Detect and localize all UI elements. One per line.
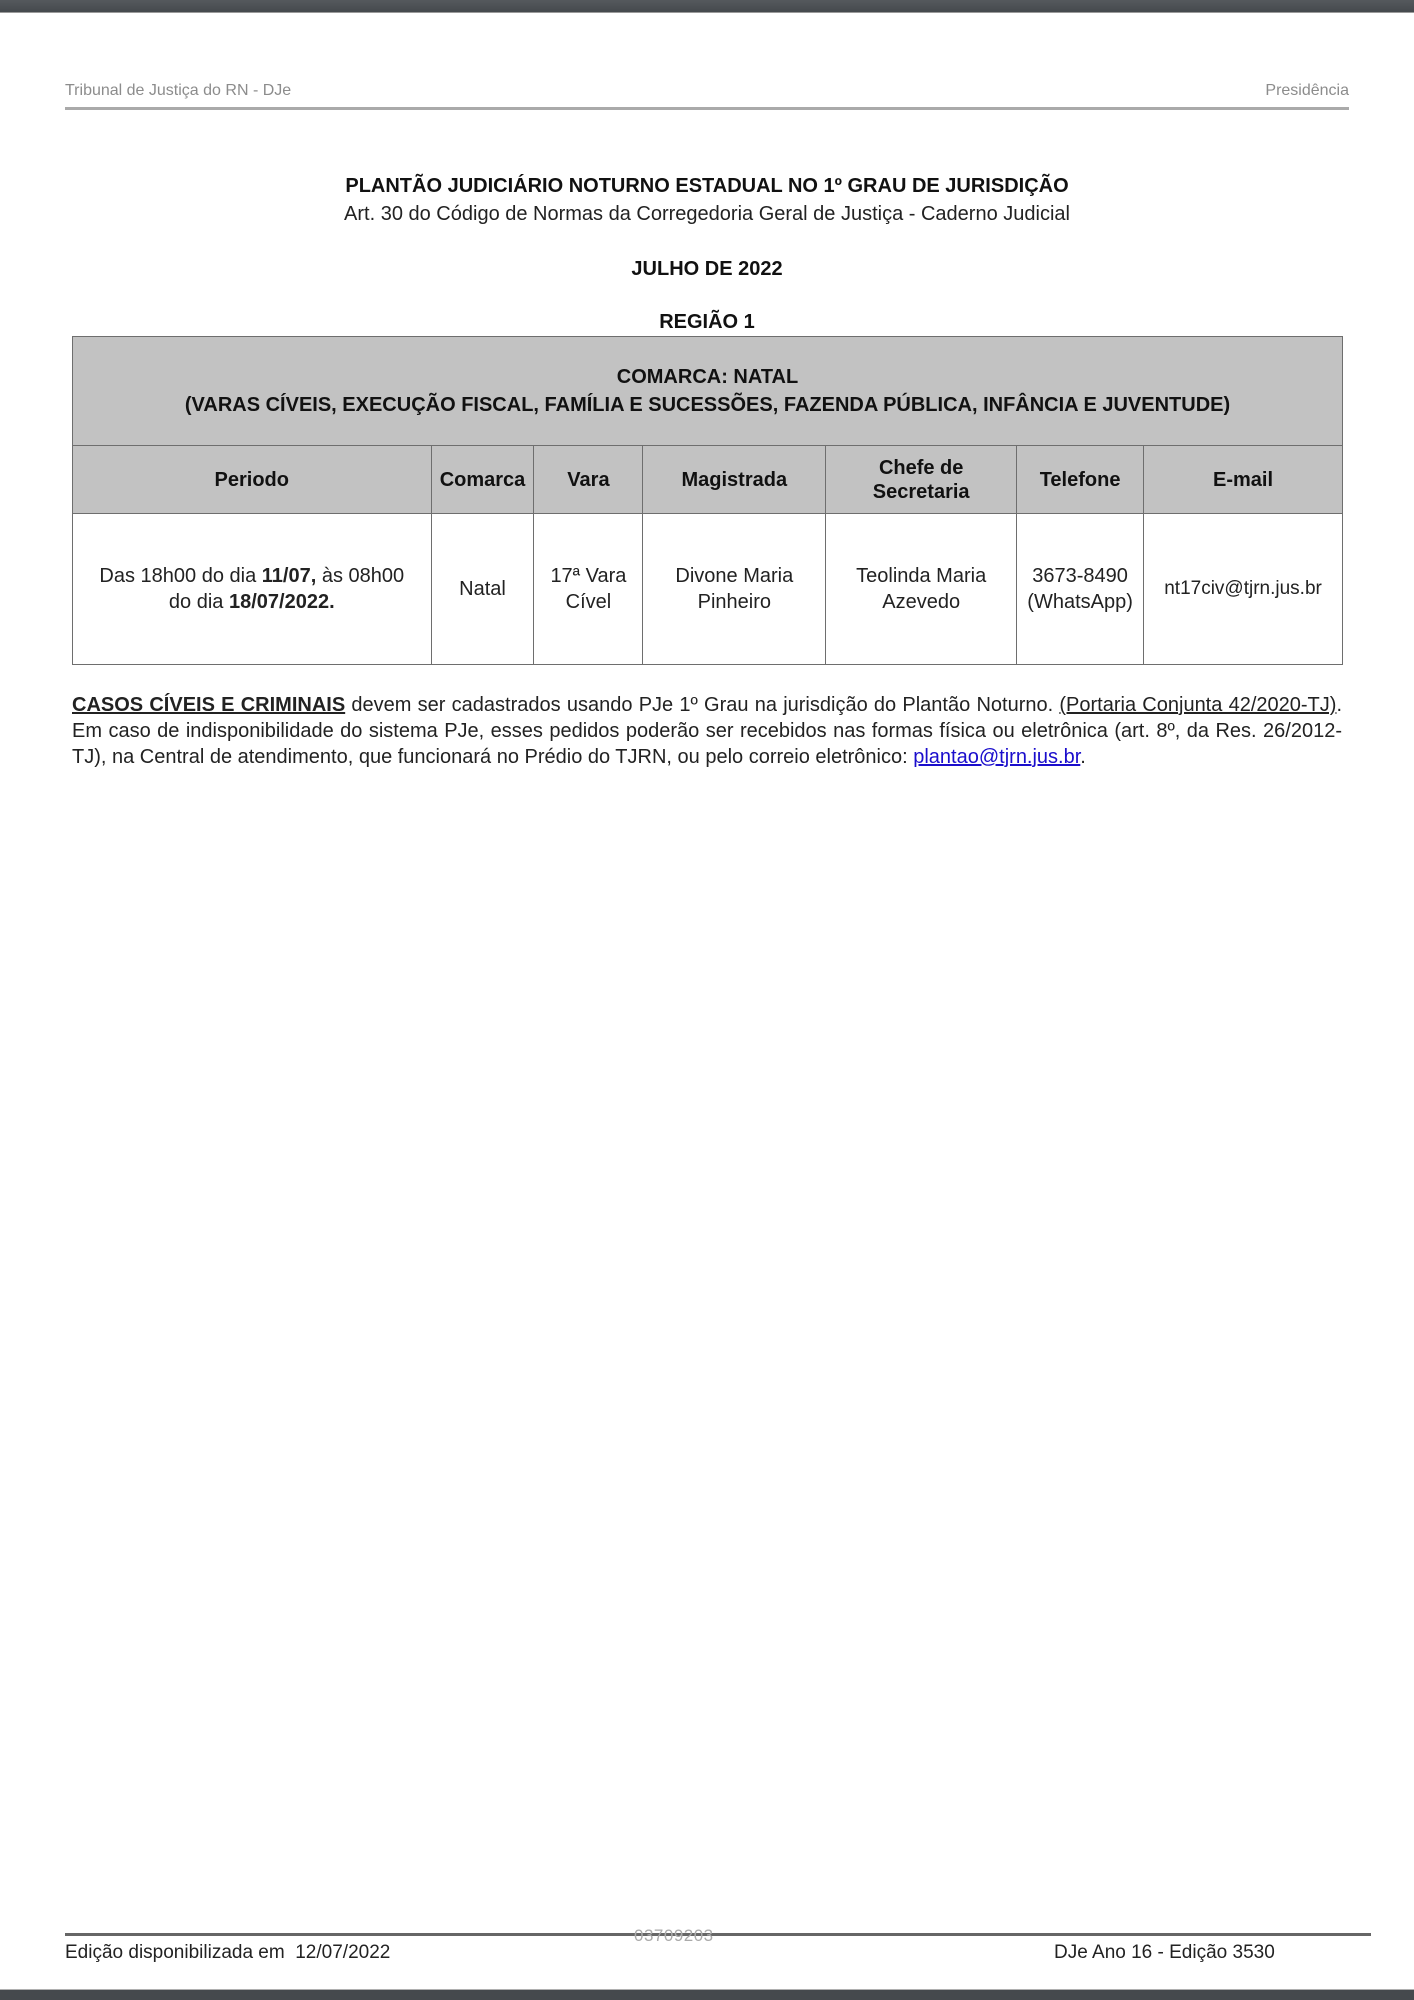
footer-divider	[65, 1933, 1371, 1936]
header-divider	[65, 107, 1349, 110]
table-header-row: Periodo Comarca Vara Magistrada Chefe de…	[73, 446, 1343, 514]
plantao-email-link[interactable]: plantao@tjrn.jus.br	[913, 746, 1080, 768]
col-header-chefe: Chefe de Secretaria	[826, 446, 1017, 514]
footer-edition-date: Edição disponibilizada em 12/07/2022	[65, 1942, 390, 1964]
note-lead: CASOS CÍVEIS E CRIMINAIS	[72, 694, 345, 716]
region-heading: REGIÃO 1	[0, 311, 1414, 334]
page-header-court: Tribunal de Justiça do RN - DJe	[65, 82, 291, 100]
col-header-vara: Vara	[534, 446, 643, 514]
document-subtitle: Art. 30 do Código de Normas da Corregedo…	[0, 203, 1414, 226]
footer-document-id: 03709203	[634, 1926, 714, 1946]
document-title: PLANTÃO JUDICIÁRIO NOTURNO ESTADUAL NO 1…	[0, 175, 1414, 198]
schedule-table: COMARCA: NATAL (VARAS CÍVEIS, EXECUÇÃO F…	[72, 336, 1343, 665]
viewer-bottom-bar	[0, 1989, 1414, 2000]
col-header-telefone: Telefone	[1017, 446, 1144, 514]
cell-telefone: 3673-8490 (WhatsApp)	[1017, 514, 1144, 665]
footer-edition-number: DJe Ano 16 - Edição 3530	[1054, 1942, 1275, 1964]
instructions-paragraph: CASOS CÍVEIS E CRIMINAIS devem ser cadas…	[72, 692, 1342, 770]
comarca-name: COMARCA: NATAL	[73, 363, 1342, 391]
cell-chefe: Teolinda Maria Azevedo	[826, 514, 1017, 665]
comarca-scope: (VARAS CÍVEIS, EXECUÇÃO FISCAL, FAMÍLIA …	[73, 391, 1342, 419]
portaria-reference: (Portaria Conjunta 42/2020-TJ)	[1059, 694, 1336, 716]
cell-periodo: Das 18h00 do dia 11/07, às 08h00 do dia …	[73, 514, 432, 665]
cell-email: nt17civ@tjrn.jus.br	[1144, 514, 1343, 665]
col-header-email: E-mail	[1144, 446, 1343, 514]
cell-comarca: Natal	[431, 514, 534, 665]
col-header-magistrada: Magistrada	[643, 446, 826, 514]
month-heading: JULHO DE 2022	[0, 258, 1414, 281]
col-header-comarca: Comarca	[431, 446, 534, 514]
viewer-top-bar	[0, 0, 1414, 13]
cell-vara: 17ª Vara Cível	[534, 514, 643, 665]
table-row: Das 18h00 do dia 11/07, às 08h00 do dia …	[73, 514, 1343, 665]
page-header-section: Presidência	[1265, 82, 1349, 100]
comarca-banner: COMARCA: NATAL (VARAS CÍVEIS, EXECUÇÃO F…	[73, 337, 1343, 446]
col-header-periodo: Periodo	[73, 446, 432, 514]
cell-magistrada: Divone Maria Pinheiro	[643, 514, 826, 665]
